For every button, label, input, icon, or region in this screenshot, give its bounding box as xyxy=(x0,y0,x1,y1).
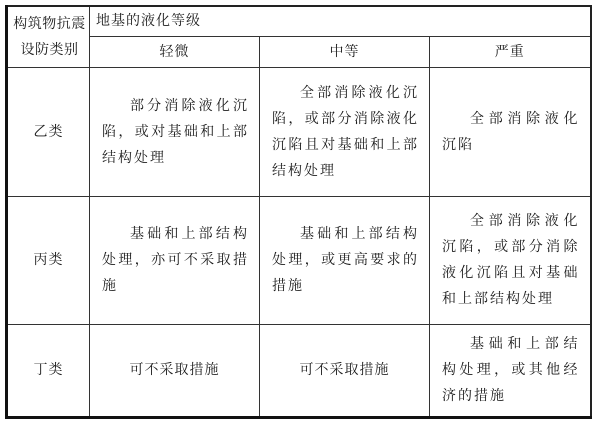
measure-cell-severe: 全部消除液化沉陷 xyxy=(430,67,591,196)
level-header-severe: 严重 xyxy=(430,36,591,67)
corner-header-line-2: 设防类别 xyxy=(10,37,89,63)
measure-cell-slight: 基础和上部结构处理，亦可不采取措施 xyxy=(90,196,260,324)
measure-cell-slight: 部分消除液化沉陷，或对基础和上部结构处理 xyxy=(90,67,260,196)
header-row-levels: 轻微 中等 严重 xyxy=(7,36,591,67)
table-row-category-c: 丙类 基础和上部结构处理，亦可不采取措施 基础和上部结构处理，或更高要求的措施 … xyxy=(7,196,591,324)
measure-cell-moderate: 全部消除液化沉陷，或部分消除液化沉陷且对基础和上部结构处理 xyxy=(260,67,430,196)
measure-text: 基础和上部结构处理，或其他经济的措施 xyxy=(442,331,580,409)
measure-cell-severe: 全部消除液化沉陷，或部分消除液化沉陷且对基础和上部结构处理 xyxy=(430,196,591,324)
level-header-slight: 轻微 xyxy=(90,36,260,67)
corner-header-line-1: 构筑物抗震 xyxy=(10,11,89,37)
group-header-liquefaction-grade: 地基的液化等级 xyxy=(90,6,591,36)
table-row-category-d: 丁类 可不采取措施 可不采取措施 基础和上部结构处理，或其他经济的措施 xyxy=(7,324,591,417)
table-row-category-b: 乙类 部分消除液化沉陷，或对基础和上部结构处理 全部消除液化沉陷，或部分消除液化… xyxy=(7,67,591,196)
measure-text: 基础和上部结构处理，亦可不采取措施 xyxy=(102,221,249,299)
measure-text: 全部消除液化沉陷 xyxy=(442,106,580,158)
level-header-moderate: 中等 xyxy=(260,36,430,67)
measure-cell-severe: 基础和上部结构处理，或其他经济的措施 xyxy=(430,324,591,417)
header-row-top: 构筑物抗震 设防类别 地基的液化等级 xyxy=(7,6,591,36)
measure-cell-moderate: 基础和上部结构处理，或更高要求的措施 xyxy=(260,196,430,324)
measure-text: 部分消除液化沉陷，或对基础和上部结构处理 xyxy=(102,93,249,171)
measure-text: 全部消除液化沉陷，或部分消除液化沉陷且对基础和上部结构处理 xyxy=(442,208,580,312)
category-cell: 丁类 xyxy=(7,324,90,417)
category-cell: 丙类 xyxy=(7,196,90,324)
measure-text: 全部消除液化沉陷，或部分消除液化沉陷且对基础和上部结构处理 xyxy=(272,80,419,184)
corner-header-cell: 构筑物抗震 设防类别 xyxy=(7,6,90,67)
measure-cell-slight: 可不采取措施 xyxy=(90,324,260,417)
liquefaction-measures-table: 构筑物抗震 设防类别 地基的液化等级 轻微 中等 严重 乙类 部分消除液化沉陷，… xyxy=(5,5,592,419)
category-cell: 乙类 xyxy=(7,67,90,196)
measure-cell-moderate: 可不采取措施 xyxy=(260,324,430,417)
measure-text: 基础和上部结构处理，或更高要求的措施 xyxy=(272,221,419,299)
